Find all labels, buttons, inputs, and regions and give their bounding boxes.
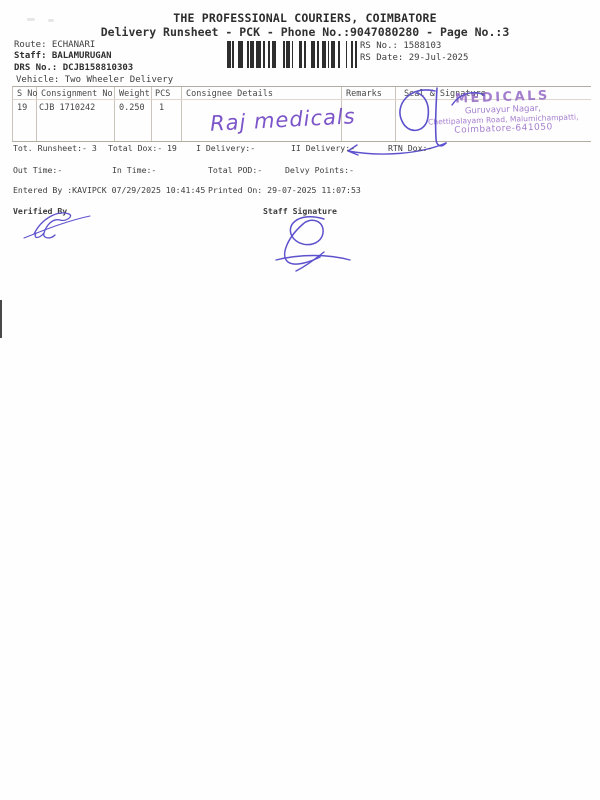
seal-signature — [340, 83, 590, 163]
col-header-consignee: Consignee Details — [186, 89, 273, 99]
route-line: Route: ECHANARI — [14, 40, 95, 50]
rtn-dox-label: RTN Dox:- — [388, 143, 432, 153]
total-runsheet: Tot. Runsheet:- 3 — [13, 143, 97, 153]
barcode — [227, 41, 357, 68]
i-delivery-label: I Delivery:- — [196, 143, 255, 153]
row-weight: 0.250 — [119, 103, 145, 113]
delvy-points-label: Delvy Points:- — [285, 165, 354, 175]
verified-by-signature — [16, 204, 96, 246]
entered-by-line: Entered By :KAVIPCK 07/29/2025 10:41:45 — [13, 185, 205, 195]
runsheet-subtitle: Delivery Runsheet - PCK - Phone No.:9047… — [0, 25, 600, 39]
vehicle-line: Vehicle: Two Wheeler Delivery — [16, 75, 173, 85]
ii-delivery-label: II Delivery:- — [291, 143, 355, 153]
row-sno: 19 — [17, 103, 27, 113]
printed-on-line: Printed On: 29-07-2025 11:07:53 — [208, 185, 361, 195]
column-divider — [181, 87, 182, 141]
col-header-pcs: PCS — [155, 89, 170, 99]
scan-edge-mark — [0, 300, 2, 338]
col-header-sno: S No — [17, 89, 37, 99]
total-dox-value: 19 — [167, 143, 177, 153]
col-header-consignment: Consignment No — [41, 89, 113, 99]
drs-number-line: DRS No.: DCJB158810303 — [14, 63, 133, 73]
staff-line: Staff: BALAMURUGAN — [14, 51, 112, 61]
in-time-label: In Time:- — [112, 165, 156, 175]
row-pcs: 1 — [159, 103, 164, 113]
total-pod-label: Total POD:- — [208, 165, 262, 175]
col-header-weight: Weight — [119, 89, 150, 99]
out-time-label: Out Time:- — [13, 165, 62, 175]
rs-number-line: RS No.: 1588103 — [360, 41, 441, 51]
row-consignment-no: CJB 1710242 — [39, 103, 95, 113]
total-dox-label: Total Dox:- — [108, 143, 162, 153]
column-divider — [151, 87, 152, 141]
staff-signature — [266, 210, 356, 272]
column-divider — [114, 87, 115, 141]
company-title: THE PROFESSIONAL COURIERS, COIMBATORE — [0, 11, 600, 25]
rs-date-line: RS Date: 29-Jul-2025 — [360, 53, 468, 63]
runsheet-page: THE PROFESSIONAL COURIERS, COIMBATORE De… — [0, 0, 600, 800]
